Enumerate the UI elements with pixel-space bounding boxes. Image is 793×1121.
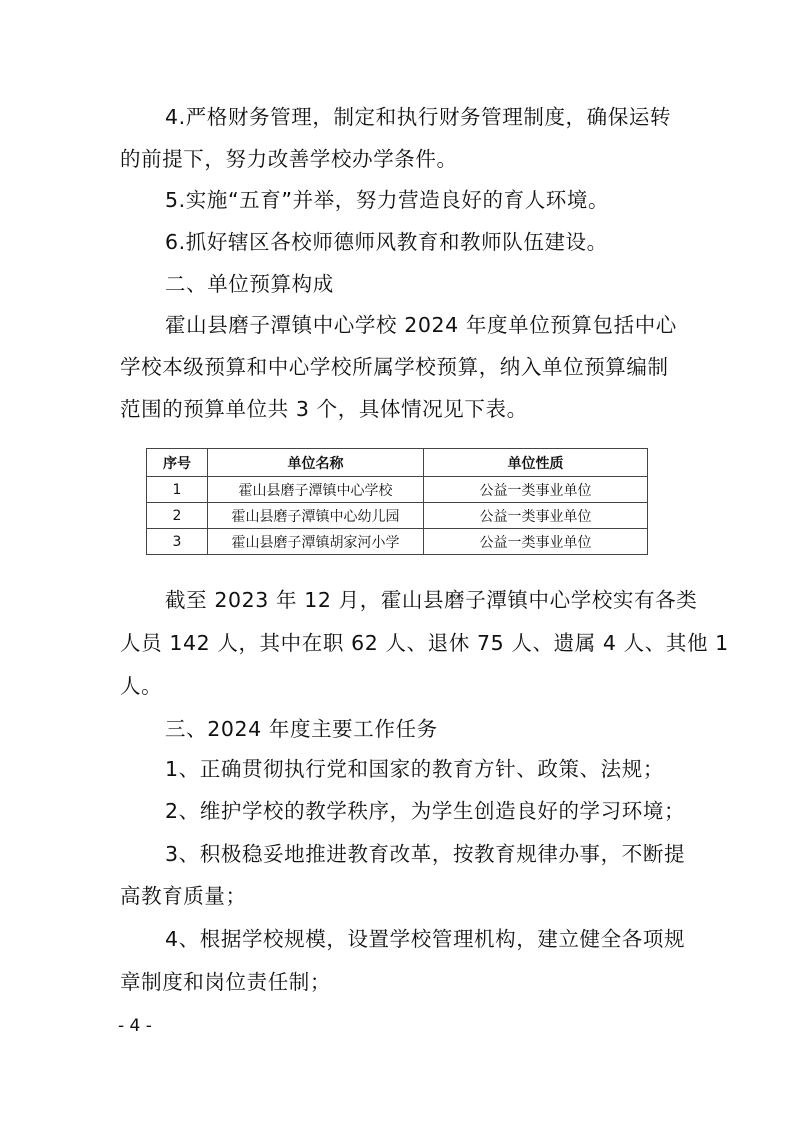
section-2-line-2: 学校本级预算和中心学校所属学校预算，纳入单位预算编制 xyxy=(120,353,669,381)
cell-unit-name: 霍山县磨子潭镇中心学校 xyxy=(208,477,424,503)
cell-unit-type: 公益一类事业单位 xyxy=(424,477,648,503)
cell-unit-type: 公益一类事业单位 xyxy=(424,529,648,555)
table-header-row: 序号 单位名称 单位性质 xyxy=(147,449,648,477)
paragraph-6: 6.抓好辖区各校师德师风教育和教师队伍建设。 xyxy=(165,228,608,256)
table-row: 2 霍山县磨子潭镇中心幼儿园 公益一类事业单位 xyxy=(147,503,648,529)
task-3-line-1: 3、积极稳妥地推进教育改革，按教育规律办事，不断提 xyxy=(165,840,685,868)
task-2: 2、维护学校的教学秩序，为学生创造良好的学习环境； xyxy=(165,797,685,825)
staff-line-3: 人。 xyxy=(120,672,162,700)
page-number: - 4 - xyxy=(118,1016,152,1036)
staff-line-1: 截至 2023 年 12 月，霍山县磨子潭镇中心学校实有各类 xyxy=(165,586,697,614)
table-row: 1 霍山县磨子潭镇中心学校 公益一类事业单位 xyxy=(147,477,648,503)
cell-index: 1 xyxy=(147,477,208,503)
header-unit-name: 单位名称 xyxy=(208,449,424,477)
task-1: 1、正确贯彻执行党和国家的教育方针、政策、法规； xyxy=(165,755,664,783)
cell-index: 2 xyxy=(147,503,208,529)
task-3-line-2: 高教育质量； xyxy=(120,882,247,910)
section-2-line-3: 范围的预算单位共 3 个，具体情况见下表。 xyxy=(120,395,528,423)
cell-unit-name: 霍山县磨子潭镇中心幼儿园 xyxy=(208,503,424,529)
cell-unit-name: 霍山县磨子潭镇胡家河小学 xyxy=(208,529,424,555)
task-4-line-1: 4、根据学校规模，设置学校管理机构，建立健全各项规 xyxy=(165,925,685,953)
header-unit-type: 单位性质 xyxy=(424,449,648,477)
table-row: 3 霍山县磨子潭镇胡家河小学 公益一类事业单位 xyxy=(147,529,648,555)
cell-unit-type: 公益一类事业单位 xyxy=(424,503,648,529)
budget-units-table: 序号 单位名称 单位性质 1 霍山县磨子潭镇中心学校 公益一类事业单位 2 霍山… xyxy=(146,448,648,555)
staff-line-2: 人员 142 人，其中在职 62 人、退休 75 人、遗属 4 人、其他 1 xyxy=(120,629,729,657)
cell-index: 3 xyxy=(147,529,208,555)
paragraph-4-line-1: 4.严格财务管理，制定和执行财务管理制度，确保运转 xyxy=(165,103,671,131)
header-index: 序号 xyxy=(147,449,208,477)
task-4-line-2: 章制度和岗位责任制； xyxy=(120,968,331,996)
paragraph-5: 5.实施“五育”并举，努力营造良好的育人环境。 xyxy=(165,186,609,214)
paragraph-4-line-2: 的前提下，努力改善学校办学条件。 xyxy=(120,145,458,173)
section-2-heading: 二、单位预算构成 xyxy=(165,270,334,298)
section-3-heading: 三、2024 年度主要工作任务 xyxy=(165,715,438,743)
section-2-line-1: 霍山县磨子潭镇中心学校 2024 年度单位预算包括中心 xyxy=(165,311,677,339)
